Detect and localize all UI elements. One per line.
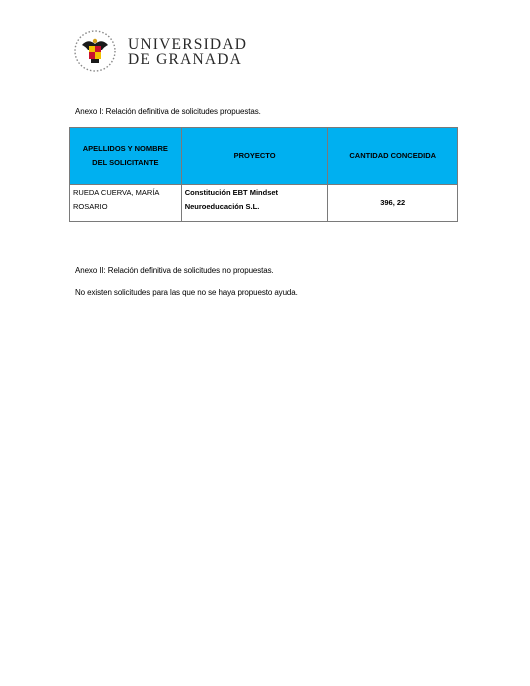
project-cell: Constitución EBT Mindset Neuroeducación … bbox=[181, 185, 328, 222]
column-header-project: PROYECTO bbox=[181, 128, 328, 185]
table-row: RUEDA CUERVA, MARÍA ROSARIO Constitución… bbox=[70, 185, 458, 222]
column-header-amount: CANTIDAD CONCEDIDA bbox=[328, 128, 458, 185]
university-name: UNIVERSIDAD DE GRANADA bbox=[128, 37, 247, 67]
logo-line-1: UNIVERSIDAD bbox=[128, 37, 247, 52]
logo-line-2: DE GRANADA bbox=[128, 52, 247, 67]
university-logo: UNIVERSIDAD DE GRANADA bbox=[72, 28, 242, 76]
annex1-title: Anexo I: Relación definitiva de solicitu… bbox=[75, 107, 261, 116]
annex2-note: No existen solicitudes para las que no s… bbox=[75, 288, 298, 297]
university-crest-icon bbox=[72, 28, 118, 74]
amount-cell: 396, 22 bbox=[328, 185, 458, 222]
table-header-row: APELLIDOS Y NOMBRE DEL SOLICITANTE PROYE… bbox=[70, 128, 458, 185]
proposed-requests-table: APELLIDOS Y NOMBRE DEL SOLICITANTE PROYE… bbox=[69, 127, 458, 222]
annex2-title: Anexo II: Relación definitiva de solicit… bbox=[75, 266, 274, 275]
column-header-applicant: APELLIDOS Y NOMBRE DEL SOLICITANTE bbox=[70, 128, 182, 185]
applicant-cell: RUEDA CUERVA, MARÍA ROSARIO bbox=[70, 185, 182, 222]
